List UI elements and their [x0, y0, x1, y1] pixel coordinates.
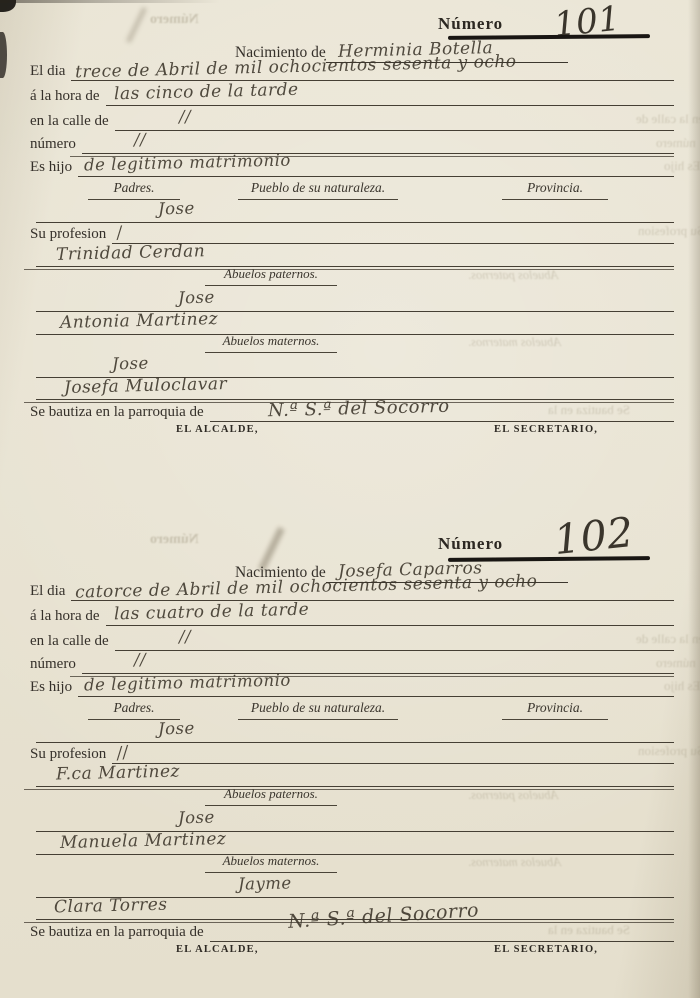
section-header-abuelos-maternos: Abuelos maternos. — [205, 333, 337, 353]
abuelo-paterno-line: Jose — [36, 808, 674, 832]
profesion-label: Su profesion — [30, 226, 106, 244]
numero-calle-handwritten: // — [134, 130, 147, 149]
field-row-profesion: Su profesion // — [30, 741, 674, 764]
bleedthrough-abuelos-maternos-text: Abuelos maternos. — [468, 335, 561, 350]
es-hijo-handwritten: de legitimo matrimonio — [84, 150, 291, 174]
calle-handwritten: // — [178, 107, 191, 126]
abuela-paterna-line: Manuela Martinez — [36, 831, 674, 855]
field-row-profesion: Su profesion / — [30, 221, 674, 244]
hora-line: las cuatro de la tarde — [106, 602, 674, 626]
column-header-pueblo: Pueblo de su naturaleza. — [238, 180, 398, 200]
bleedthrough-numero-calle-text: número — [656, 655, 696, 671]
bleedthrough-bautiza-text: Se bautiza en la — [548, 922, 630, 938]
abuela-materna-handwritten: Clara Torres — [54, 895, 168, 918]
section-header-abuelos-paternos: Abuelos paternos. — [205, 786, 337, 806]
numero-label: Número — [438, 14, 503, 33]
birth-record-102: Número Número 102 Nacimiento de Josefa C… — [0, 528, 700, 976]
calle-handwritten: // — [178, 627, 191, 646]
field-row-madre: Trinidad Cerdan — [30, 244, 674, 267]
secretario-label: EL SECRETARIO, — [494, 944, 598, 955]
alcalde-label: EL ALCALDE, — [176, 424, 259, 435]
parroquia-handwritten: N.ª S.ª del Socorro — [267, 396, 449, 421]
field-row-dia: El dia trece de Abril de mil ochocientos… — [30, 58, 674, 81]
hora-handwritten: las cinco de la tarde — [113, 80, 298, 105]
dia-label: El dia — [30, 63, 65, 81]
bleedthrough-numero-text: Número — [150, 532, 199, 548]
field-row-calle: en la calle de // — [30, 628, 674, 651]
field-row-madre: F.ca Martinez — [30, 764, 674, 787]
bleedthrough-calle-text: en la calle de — [636, 111, 700, 127]
abuelo-materno-handwritten: Jayme — [238, 873, 292, 893]
calle-line: // — [115, 627, 674, 651]
padre-handwritten: Jose — [158, 719, 195, 739]
field-row-abuelo-paterno: Jose — [30, 289, 674, 312]
numero-header: Número 101 — [438, 14, 503, 34]
es-hijo-line: de legitimo matrimonio — [78, 673, 674, 697]
calle-label: en la calle de — [30, 633, 109, 651]
field-row-abuelo-materno: Jose — [30, 355, 674, 378]
field-row-dia: El dia catorce de Abril de mil ochocient… — [30, 578, 674, 601]
abuelo-paterno-handwritten: Jose — [178, 808, 215, 828]
field-row-numero-calle: número // — [30, 131, 674, 154]
es-hijo-handwritten: de legitimo matrimonio — [84, 670, 291, 694]
profesion-handwritten: // — [115, 742, 130, 763]
padre-handwritten: Jose — [158, 199, 195, 219]
bleedthrough-profesion-text: Su profesion — [638, 223, 700, 239]
signature-row: EL ALCALDE, EL SECRETARIO, — [0, 424, 700, 440]
field-row-hora: á la hora de las cinco de la tarde — [30, 83, 674, 106]
abuela-paterna-handwritten: Antonia Martinez — [60, 309, 219, 333]
numero-calle-label: número — [30, 136, 76, 154]
alcalde-label: EL ALCALDE, — [176, 944, 259, 955]
abuelo-materno-line: Jayme — [36, 874, 674, 898]
bleedthrough-abuelos-maternos-text: Abuelos maternos. — [468, 855, 561, 870]
madre-line: F.ca Martinez — [36, 763, 674, 787]
parroquia-label: Se bautiza en la parroquia de — [30, 404, 204, 422]
birth-record-101: Número Número 101 Nacimiento de Herminia… — [0, 8, 700, 456]
madre-line: Trinidad Cerdan — [36, 243, 674, 267]
column-header-provincia: Provincia. — [502, 180, 608, 200]
abuela-paterna-line: Antonia Martinez — [36, 311, 674, 335]
field-row-abuelo-paterno: Jose — [30, 809, 674, 832]
dia-label: El dia — [30, 583, 65, 601]
field-row-abuela-paterna: Antonia Martinez — [30, 312, 674, 335]
dia-line: trece de Abril de mil ochocientos sesent… — [71, 57, 674, 81]
column-header-padres: Padres. — [88, 180, 180, 200]
numero-header: Número 102 — [438, 534, 503, 554]
bleedthrough-calle-text: en la calle de — [636, 631, 700, 647]
field-row-calle: en la calle de // — [30, 108, 674, 131]
profesion-label: Su profesion — [30, 746, 106, 764]
field-row-numero-calle: número // — [30, 651, 674, 674]
numero-calle-label: número — [30, 656, 76, 674]
abuelo-paterno-handwritten: Jose — [178, 288, 215, 308]
bleedthrough-es-hijo-text: Es hijo — [664, 678, 700, 694]
dia-handwritten: trece de Abril de mil ochocientos sesent… — [75, 52, 517, 83]
hora-label: á la hora de — [30, 88, 100, 106]
profesion-line: // — [112, 740, 674, 764]
bleedthrough-number-smudge — [126, 7, 147, 43]
madre-handwritten: Trinidad Cerdan — [56, 241, 206, 265]
abuela-materna-handwritten: Josefa Muloclavar — [64, 374, 228, 398]
dia-handwritten: catorce de Abril de mil ochocientos sese… — [75, 571, 538, 602]
es-hijo-label: Es hijo — [30, 679, 72, 697]
hora-line: las cinco de la tarde — [106, 82, 674, 106]
calle-line: // — [115, 107, 674, 131]
field-row-abuela-paterna: Manuela Martinez — [30, 832, 674, 855]
scanned-register-page: Número Número 101 Nacimiento de Herminia… — [0, 0, 700, 998]
bleedthrough-abuelos-paternos-text: Abuelos paternos. — [468, 268, 558, 283]
abuelo-materno-handwritten: Jose — [112, 354, 149, 374]
hora-handwritten: las cuatro de la tarde — [113, 600, 309, 625]
field-row-es-hijo: Es hijo de legitimo matrimonio — [30, 674, 674, 697]
column-header-padres: Padres. — [88, 700, 180, 720]
bleedthrough-abuelos-paternos-text: Abuelos paternos. — [468, 788, 558, 803]
numero-calle-line: // — [82, 130, 674, 154]
parroquia-label: Se bautiza en la parroquia de — [30, 924, 204, 942]
abuelo-materno-line: Jose — [36, 354, 674, 378]
calle-label: en la calle de — [30, 113, 109, 131]
numero-calle-line: // — [82, 650, 674, 674]
hora-label: á la hora de — [30, 608, 100, 626]
madre-handwritten: F.ca Martinez — [56, 761, 180, 784]
bleedthrough-numero-calle-text: número — [656, 135, 696, 151]
bleedthrough-numero-text: Número — [150, 12, 199, 28]
page-top-shadow — [0, 0, 220, 3]
field-row-hora: á la hora de las cuatro de la tarde — [30, 603, 674, 626]
field-row-abuelo-materno: Jayme — [30, 875, 674, 898]
field-row-abuela-materna: Josefa Muloclavar — [30, 377, 674, 400]
column-header-provincia: Provincia. — [502, 700, 608, 720]
field-row-es-hijo: Es hijo de legitimo matrimonio — [30, 154, 674, 177]
es-hijo-label: Es hijo — [30, 159, 72, 177]
numero-label: Número — [438, 534, 503, 553]
numero-calle-handwritten: // — [134, 650, 147, 669]
es-hijo-line: de legitimo matrimonio — [78, 153, 674, 177]
abuela-materna-line: Josefa Muloclavar — [36, 376, 674, 400]
bleedthrough-es-hijo-text: Es hijo — [664, 158, 700, 174]
abuela-paterna-handwritten: Manuela Martinez — [60, 829, 227, 853]
secretario-label: EL SECRETARIO, — [494, 424, 598, 435]
section-header-abuelos-paternos: Abuelos paternos. — [205, 266, 337, 286]
column-header-pueblo: Pueblo de su naturaleza. — [238, 700, 398, 720]
bleedthrough-profesion-text: Su profesion — [638, 743, 700, 759]
abuelo-paterno-line: Jose — [36, 288, 674, 312]
bleedthrough-bautiza-text: Se bautiza en la — [548, 402, 630, 418]
dia-line: catorce de Abril de mil ochocientos sese… — [71, 577, 674, 601]
signature-row: EL ALCALDE, EL SECRETARIO, — [0, 944, 700, 960]
profesion-handwritten: / — [115, 223, 124, 243]
section-header-abuelos-maternos: Abuelos maternos. — [205, 853, 337, 873]
